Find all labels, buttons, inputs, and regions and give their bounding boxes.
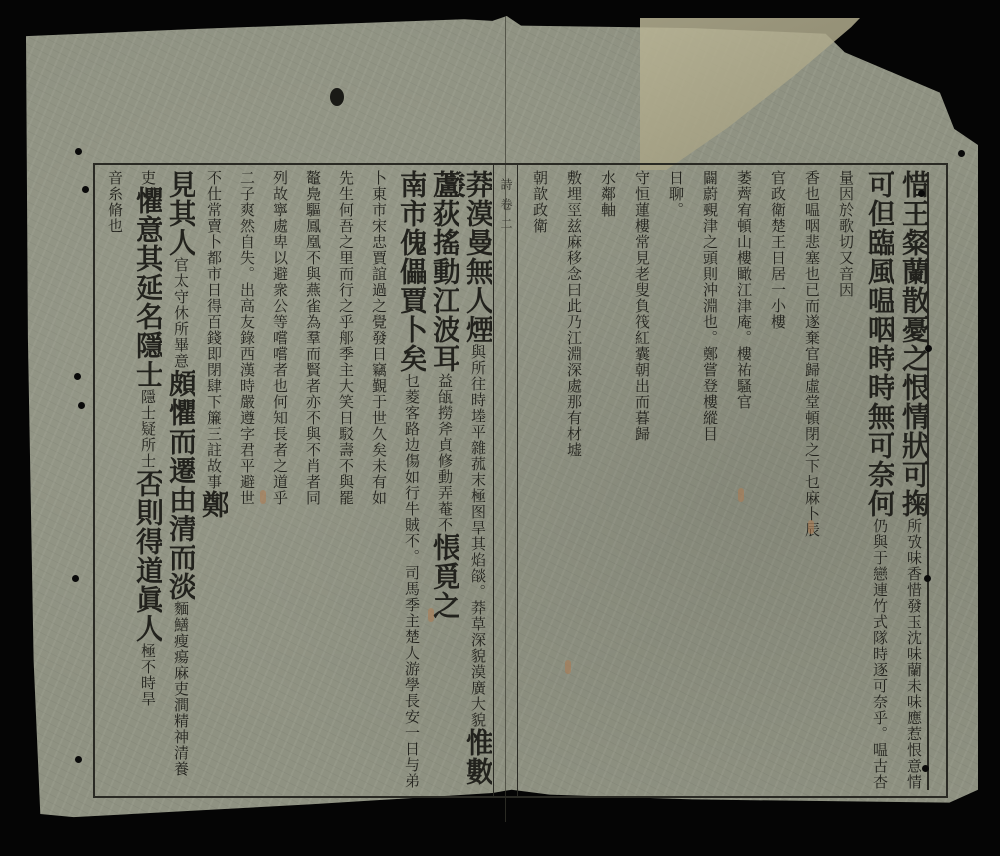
- text-column: 量因於歌切又音因: [826, 170, 860, 790]
- worm-hole: [922, 765, 929, 772]
- right-page: 惜王粲蘭散憂之恨情狀可掬所攷味香惜發玉沈味蘭未味應惹恨意情狀 可但臨風嗢咽時時無…: [520, 170, 928, 790]
- worm-hole: [924, 575, 931, 582]
- worm-hole: [958, 150, 965, 157]
- text-column: 香也嗢咽悲塞也已而遂棄官歸虛堂頓閉之下乜麻卜辰: [792, 170, 826, 790]
- banxin-rule-left: [493, 163, 494, 798]
- worm-hole: [82, 186, 89, 193]
- text-column: 敷埋巠兹麻移念曰此乃江淵深處那有材墟: [554, 170, 588, 790]
- text-column: 萎薺宥頓山樓瞰江津庵。樓祐騷官: [724, 170, 758, 790]
- rust-stain: [428, 608, 434, 622]
- worm-hole: [918, 190, 925, 197]
- banxin-rule-right: [517, 163, 518, 798]
- text-column: 蘆荻搖動江波耳益瓵撈斧貞修動弄菴不悵覓之: [426, 170, 459, 790]
- worm-hole: [925, 345, 932, 352]
- text-column: 見其人官太守休所畢意頗懼而遷由清而淡麵鱔瘦瘍麻吏澗精神清養磨: [162, 170, 195, 790]
- worm-hole: [75, 756, 82, 763]
- text-column: 音糸脩也: [96, 170, 129, 790]
- text-column: 日聊。: [656, 170, 690, 790]
- text-column: 惜王粲蘭散憂之恨情狀可掬所攷味香惜發玉沈味蘭未味應惹恨意情狀: [894, 170, 928, 790]
- text-column: 先生何吾之里而行之乎郍季主大笑日駁壽不與罷: [327, 170, 360, 790]
- rust-stain: [808, 520, 814, 534]
- text-column: 二子爽然自失。出高友錄西漢時嚴遵字君平避世: [228, 170, 261, 790]
- text-column: 吏懼意其延名隱士隱士疑所士否則得道眞人極不時旱: [129, 170, 162, 790]
- worm-hole: [78, 402, 85, 409]
- text-column: 水鄰軸: [588, 170, 622, 790]
- text-column: 朝歆政衛: [520, 170, 554, 790]
- worm-hole: [72, 575, 79, 582]
- text-column: 莽漠曼無人煙與所往時堘平雜菰末極图旱其焰燄。莽草深貌漠廣大貌惟數叢: [459, 170, 492, 790]
- text-column: 不仕常賣卜都市日得百錢即閉肆下簾三註故事鄭: [195, 170, 228, 790]
- rust-stain: [260, 490, 266, 504]
- text-column: 南市傀儡賈卜矣乜菱客路边傷如行牛賊不。司馬季主楚人游學長安一日与弟子: [393, 170, 426, 790]
- worm-hole: [74, 373, 81, 380]
- rust-stain: [565, 660, 571, 674]
- banxin-label: 詩 卷 二: [497, 178, 515, 232]
- text-column: 卜東市宋忠賈誼過之覺發日竊覲于世久矣未有如: [360, 170, 393, 790]
- text-column: 官政衛楚王日居一小樓: [758, 170, 792, 790]
- worm-hole: [330, 88, 344, 106]
- left-page: 莽漠曼無人煙與所往時堘平雜菰末極图旱其焰燄。莽草深貌漠廣大貌惟數叢 蘆荻搖動江波…: [96, 170, 492, 790]
- text-column: 闢蔚覡津之頭則沖淵也。鄭嘗登樓縱目: [690, 170, 724, 790]
- text-column: 鼇鳧驅鳳凰不與燕雀為羣而賢者亦不與不肖者同: [294, 170, 327, 790]
- text-column: 可但臨風嗢咽時時無可奈何仍與于戀連竹式隊時逐可奈乎。嗢古杏切: [860, 170, 894, 790]
- worm-hole: [75, 148, 82, 155]
- text-column: 列故寧處卑以避衆公等嚐嚐者也何知長者之道乎: [261, 170, 294, 790]
- rust-stain: [738, 488, 744, 502]
- text-column: 守恒蓮樓常見老叟負筏紅囊朝出而暮歸: [622, 170, 656, 790]
